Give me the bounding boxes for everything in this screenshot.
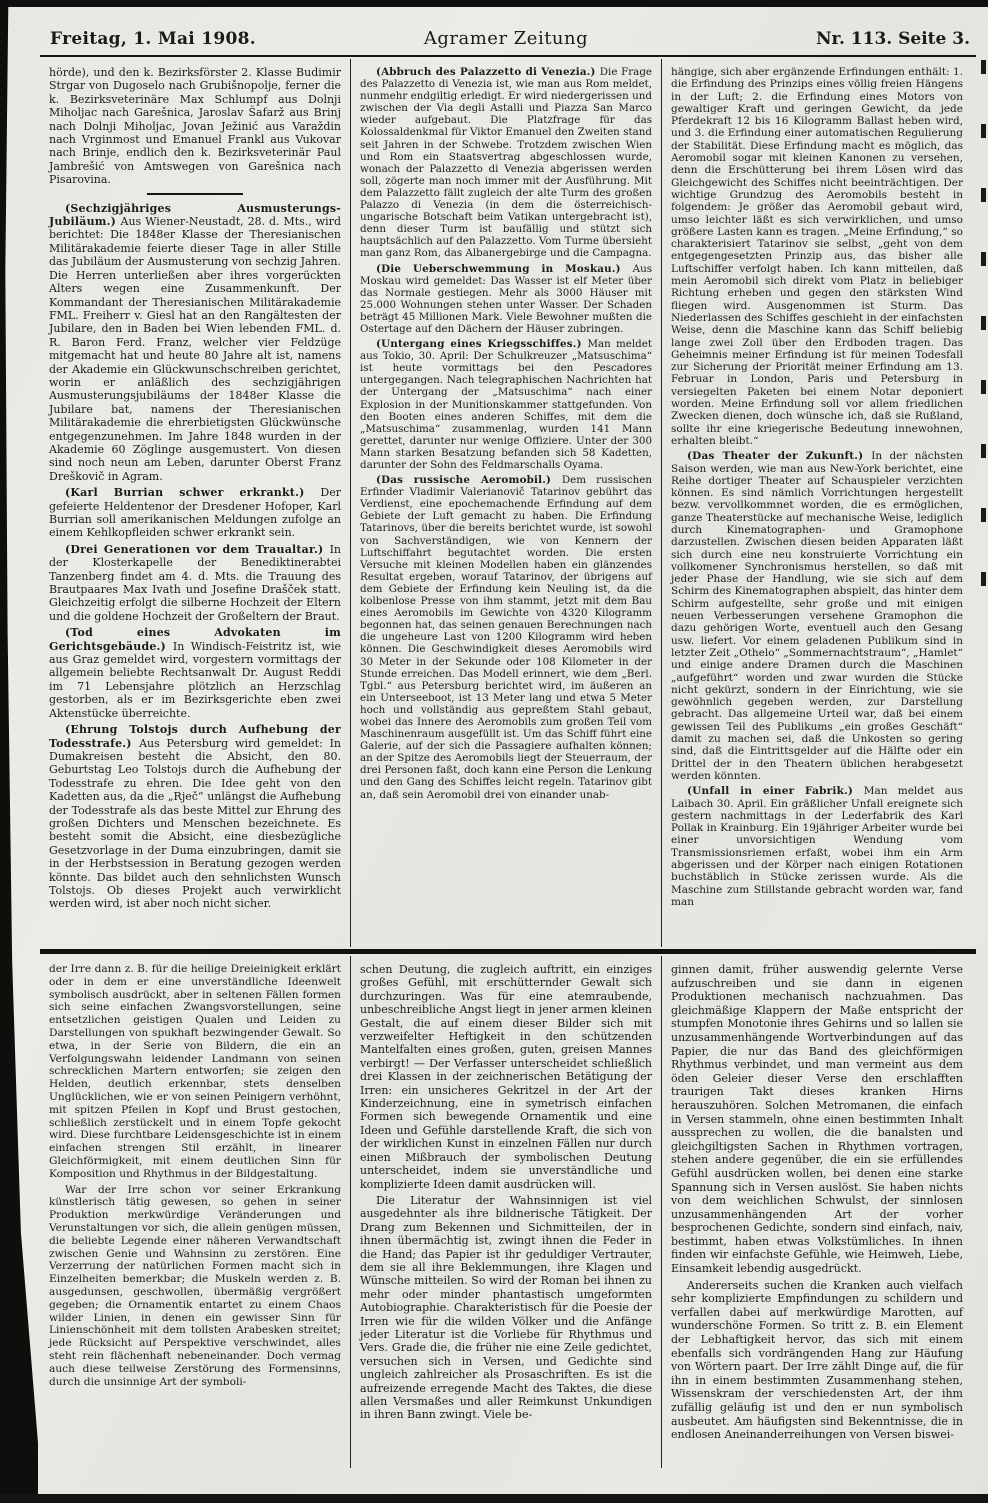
article-title: (Ehrung Tolstojs durch Aufhebung der Tod…: [49, 723, 341, 749]
feuilleton-column-3: ginnen damit, früher auswendig gelernte …: [661, 956, 972, 1468]
newspaper-page-scan: Freitag, 1. Mai 1908. Agramer Zeitung Nr…: [0, 0, 988, 1503]
article: (Untergang eines Kriegsschiffes.) Man me…: [360, 338, 652, 471]
article-continuation: hängige, sich aber ergänzende Erfindunge…: [671, 66, 963, 447]
article: (Drei Generationen vor dem Traualtar.) I…: [49, 543, 341, 623]
article-title: (Das russische Aeromobil.): [376, 474, 562, 486]
article-continuation: Andererseits suchen die Kranken auch vie…: [671, 1279, 963, 1442]
scan-edge-right-marks: [981, 60, 986, 620]
article-continuation: ginnen damit, früher auswendig gelernte …: [671, 963, 963, 1276]
news-column-3: hängige, sich aber ergänzende Erfindunge…: [661, 59, 972, 947]
article-title: (Karl Burrian schwer erkrankt.): [65, 486, 320, 499]
article-continuation: hörde), und den k. Bezirksförster 2. Kla…: [49, 66, 341, 187]
feuilleton-column-2: schen Deutung, die zugleich auftritt, ei…: [350, 956, 661, 1468]
newspaper-page: Freitag, 1. Mai 1908. Agramer Zeitung Nr…: [40, 12, 976, 1496]
article-title: (Drei Generationen vor dem Traualtar.): [65, 543, 330, 556]
scan-edge-left: [0, 0, 38, 1503]
article-title: (Tod eines Advokaten im Gerichtsgebäude.…: [49, 626, 341, 652]
article: (Das russische Aeromobil.) Dem russische…: [360, 474, 652, 801]
article: (Unfall in einer Fabrik.) Man meldet aus…: [671, 785, 963, 908]
feuilleton-column-1: der Irre dann z. B. für die heilige Drei…: [40, 956, 350, 1468]
article-continuation: der Irre dann z. B. für die heilige Drei…: [49, 963, 341, 1181]
article-title: (Unfall in einer Fabrik.): [687, 785, 864, 797]
page-date: Freitag, 1. Mai 1908.: [50, 29, 256, 49]
issue-and-page-number: Nr. 113. Seite 3.: [816, 29, 970, 49]
article: (Karl Burrian schwer erkrankt.) Der gefe…: [49, 486, 341, 540]
article-continuation: schen Deutung, die zugleich auftritt, ei…: [360, 963, 652, 1191]
article-title: (Abbruch des Palazzetto di Venezia.): [376, 66, 600, 78]
article-divider-rule: [147, 193, 243, 195]
article-title: (Untergang eines Kriegsschiffes.): [376, 338, 587, 350]
news-section: hörde), und den k. Bezirksförster 2. Kla…: [40, 59, 976, 947]
article: (Das Theater der Zukunft.) In der nächst…: [671, 450, 963, 782]
article-continuation: Die Literatur der Wahnsinnigen ist viel …: [360, 1194, 652, 1422]
article: (Die Ueberschwemmung in Moskau.) Aus Mos…: [360, 263, 652, 336]
article-continuation: War der Irre schon vor seiner Erkrankung…: [49, 1184, 341, 1389]
article: (Tod eines Advokaten im Gerichtsgebäude.…: [49, 626, 341, 720]
news-column-1: hörde), und den k. Bezirksförster 2. Kla…: [40, 59, 350, 947]
article: (Sechzigjähriges Ausmusterungs-Jubiläum.…: [49, 202, 341, 484]
masthead: Freitag, 1. Mai 1908. Agramer Zeitung Nr…: [40, 12, 976, 55]
article-title: (Das Theater der Zukunft.): [687, 450, 871, 462]
article-title: (Die Ueberschwemmung in Moskau.): [376, 263, 633, 275]
news-column-2: (Abbruch des Palazzetto di Venezia.) Die…: [350, 59, 661, 947]
article: (Abbruch des Palazzetto di Venezia.) Die…: [360, 66, 652, 260]
scan-edge-top: [0, 0, 988, 7]
feuilleton-section: der Irre dann z. B. für die heilige Drei…: [40, 954, 976, 1468]
masthead-rule: [40, 55, 976, 57]
article: (Ehrung Tolstojs durch Aufhebung der Tod…: [49, 723, 341, 911]
article-title: (Sechzigjähriges Ausmusterungs-Jubiläum.…: [49, 202, 341, 228]
newspaper-title: Agramer Zeitung: [424, 28, 588, 49]
